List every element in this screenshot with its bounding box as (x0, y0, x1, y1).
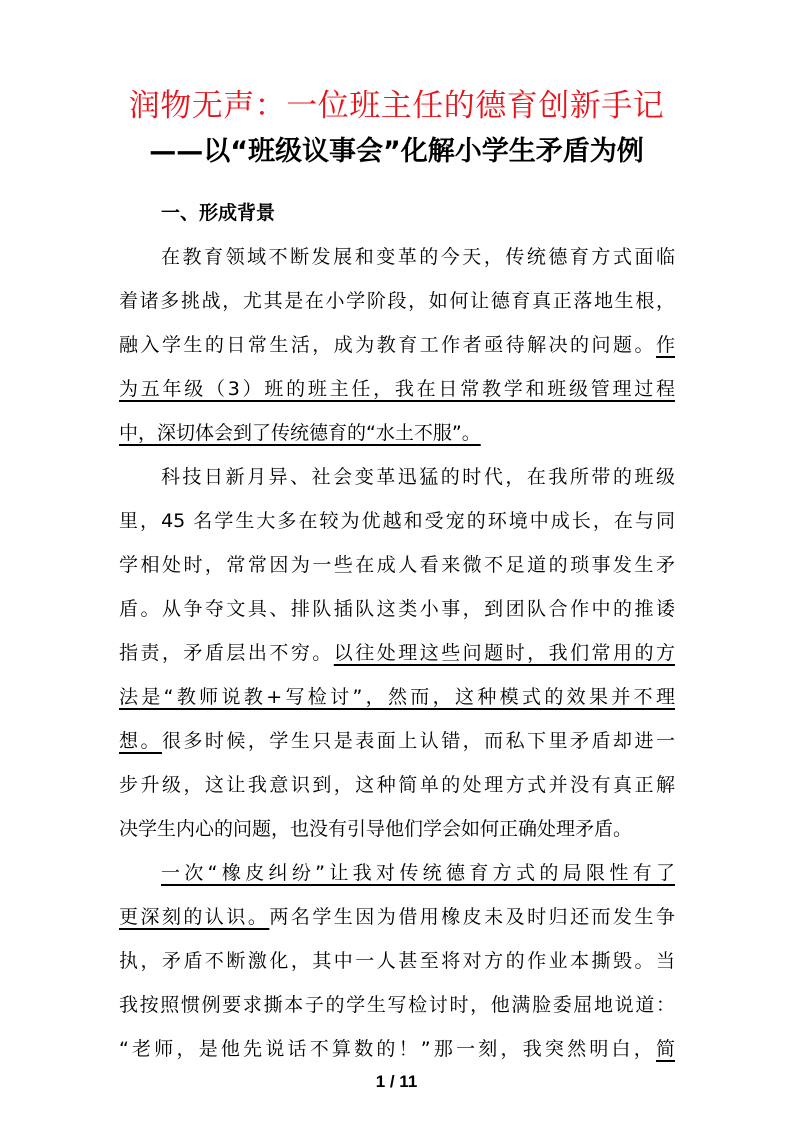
text-run: 学相处时，常常因为一些在成人看来微不足道的琐事发生矛 (119, 554, 675, 576)
text-run: 步升级，这让我意识到，这种简单的处理方式并没有真正解 (119, 774, 675, 796)
document-title: 润物无声：一位班主任的德育创新手记 (0, 86, 793, 126)
underlined-run: 更深刻的认识。 (119, 906, 269, 928)
paragraph-line: 更深刻的认识。两名学生因为借用橡皮未及时归还而发生争 (119, 903, 675, 931)
underlined-run: 简 (656, 1038, 675, 1060)
text-run: 两名学生因为借用橡皮未及时归还而发生争 (269, 906, 675, 928)
text-run: 很多时候，学生只是表面上认错，而私下里矛盾却进一 (162, 730, 675, 752)
text-run: 科技日新月异、社会变革迅猛的时代，在我所带的班级 (161, 466, 675, 488)
paragraph-line: 着诸多挑战，尤其是在小学阶段，如何让德育真正落地生根， (119, 287, 675, 315)
paragraph-line: “老师，是他先说话不算数的！”那一刻，我突然明白，简 (119, 1035, 675, 1063)
paragraph-line: 一次“橡皮纠纷”让我对传统德育方式的局限性有了 (161, 859, 675, 887)
paragraph-line: 执，矛盾不断激化，其中一人甚至将对方的作业本撕毁。当 (119, 947, 675, 975)
paragraph-line: 科技日新月异、社会变革迅猛的时代，在我所带的班级 (161, 463, 675, 491)
paragraph-line: 里，45 名学生大多在较为优越和受宠的环境中成长，在与同 (119, 507, 675, 535)
underlined-run: 作 (656, 334, 675, 356)
paragraph-line: 为五年级（3）班的班主任，我在日常教学和班级管理过程 (119, 375, 675, 403)
underlined-run: 为五年级（3）班的班主任，我在日常教学和班级管理过程 (119, 378, 675, 400)
underlined-run: 中，深切体会到了传统德育的“水土不服”。 (119, 422, 481, 444)
document-page: 润物无声：一位班主任的德育创新手记 ——以“班级议事会”化解小学生矛盾为例 一、… (0, 0, 793, 1122)
paragraph-line: 指责，矛盾层出不穷。以往处理这些问题时，我们常用的方 (119, 639, 675, 667)
paragraph-line: 步升级，这让我意识到，这种简单的处理方式并没有真正解 (119, 771, 675, 799)
text-run: “老师，是他先说话不算数的！”那一刻，我突然明白， (119, 1038, 656, 1060)
text-run: 执，矛盾不断激化，其中一人甚至将对方的作业本撕毁。当 (119, 950, 675, 972)
text-run: 指责，矛盾层出不穷。 (119, 642, 334, 664)
text-run: 盾。从争夺文具、排队插队这类小事，到团队合作中的推诿 (119, 598, 675, 620)
page-number: 1 / 11 (0, 1070, 793, 1094)
text-run: 融入学生的日常生活，成为教育工作者亟待解决的问题。 (119, 334, 656, 356)
text-run: 决学生内心的问题，也没有引导他们学会如何正确处理矛盾。 (119, 818, 632, 840)
paragraph-line: 想。很多时候，学生只是表面上认错，而私下里矛盾却进一 (119, 727, 675, 755)
text-run: 我按照惯例要求撕本子的学生写检讨时，他满脸委屈地说道： (119, 994, 675, 1016)
paragraph-line: 我按照惯例要求撕本子的学生写检讨时，他满脸委屈地说道： (119, 991, 675, 1019)
document-subtitle: ——以“班级议事会”化解小学生矛盾为例 (0, 134, 793, 170)
paragraph-line: 法是“教师说教+写检讨”，然而，这种模式的效果并不理 (119, 683, 675, 711)
underlined-run: 以往处理这些问题时，我们常用的方 (334, 642, 675, 664)
paragraph-line: 中，深切体会到了传统德育的“水土不服”。 (119, 419, 675, 447)
underlined-run: 想。 (119, 730, 162, 752)
paragraph-line: 融入学生的日常生活，成为教育工作者亟待解决的问题。作 (119, 331, 675, 359)
text-run: 里，45 名学生大多在较为优越和受宠的环境中成长，在与同 (119, 510, 675, 532)
paragraph-line: 决学生内心的问题，也没有引导他们学会如何正确处理矛盾。 (119, 815, 675, 843)
text-run: 在教育领域不断发展和变革的今天，传统德育方式面临 (161, 246, 675, 268)
section-heading: 一、形成背景 (161, 199, 275, 227)
paragraph-line: 在教育领域不断发展和变革的今天，传统德育方式面临 (161, 243, 675, 271)
text-run: 着诸多挑战，尤其是在小学阶段，如何让德育真正落地生根， (119, 290, 675, 312)
underlined-run: 一次“橡皮纠纷”让我对传统德育方式的局限性有了 (161, 862, 675, 884)
paragraph-line: 盾。从争夺文具、排队插队这类小事，到团队合作中的推诿 (119, 595, 675, 623)
underlined-run: 法是“教师说教+写检讨”，然而，这种模式的效果并不理 (119, 686, 675, 708)
paragraph-line: 学相处时，常常因为一些在成人看来微不足道的琐事发生矛 (119, 551, 675, 579)
